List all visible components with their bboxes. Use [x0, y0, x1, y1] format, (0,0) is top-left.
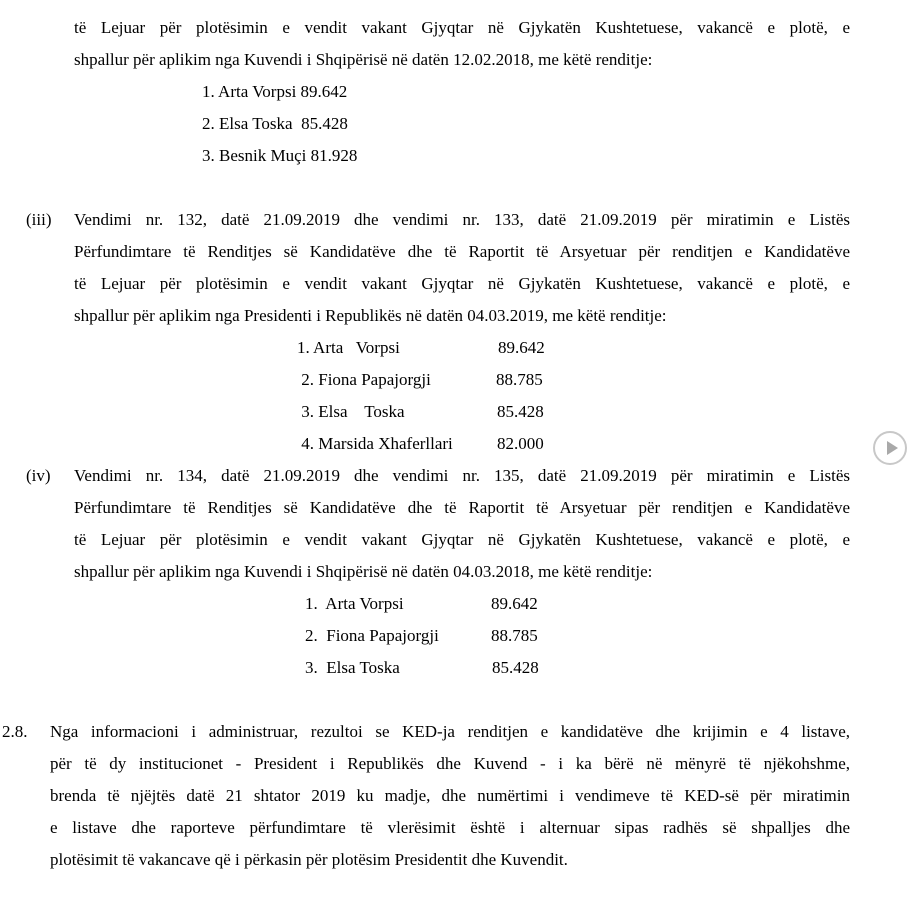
paragraph-line: shpallur për aplikim nga Kuvendi i Shqip… — [74, 50, 652, 70]
candidate-score: 88.785 — [496, 370, 543, 390]
paragraph-line: të Lejuar për plotësimin e vendit vakant… — [74, 530, 850, 550]
candidate-score: 89.642 — [491, 594, 538, 614]
candidate-name: 4. Marsida Xhaferllari — [297, 434, 453, 454]
list-label-iv: (iv) — [26, 466, 51, 486]
candidate-score: 82.000 — [497, 434, 544, 454]
list-label-iii: (iii) — [26, 210, 52, 230]
candidate-name: 2. Fiona Papajorgji — [297, 370, 431, 390]
paragraph-line: Vendimi nr. 134, datë 21.09.2019 dhe ven… — [74, 466, 850, 486]
candidate-name: 3. Elsa Toska — [297, 402, 405, 422]
candidate-name: 3. Elsa Toska — [305, 658, 400, 678]
candidate-score: 85.428 — [497, 402, 544, 422]
paragraph-line: brenda të njëjtës datë 21 shtator 2019 k… — [50, 786, 850, 806]
paragraph-line: Vendimi nr. 132, datë 21.09.2019 dhe ven… — [74, 210, 850, 230]
play-arrow-icon — [887, 441, 898, 455]
candidate-score: 88.785 — [491, 626, 538, 646]
candidate-name: 1. Arta Vorpsi — [297, 338, 400, 358]
paragraph-line: Përfundimtare të Renditjes së Kandidatëv… — [74, 498, 850, 518]
paragraph-line: shpallur për aplikim nga Presidenti i Re… — [74, 306, 667, 326]
paragraph-line: Nga informacioni i administruar, rezulto… — [50, 722, 850, 742]
next-page-button[interactable] — [873, 431, 907, 465]
paragraph-line: Përfundimtare të Renditjes së Kandidatëv… — [74, 242, 850, 262]
paragraph-line: shpallur për aplikim nga Kuvendi i Shqip… — [74, 562, 652, 582]
ranking-item: 2. Elsa Toska 85.428 — [202, 114, 348, 134]
paragraph-line: plotësimit të vakancave që i përkasin pë… — [50, 850, 568, 870]
ranking-item: 3. Besnik Muçi 81.928 — [202, 146, 357, 166]
paragraph-line: e listave dhe raporteve përfundimtare të… — [50, 818, 850, 838]
candidate-score: 85.428 — [492, 658, 539, 678]
paragraph-line: të Lejuar për plotësimin e vendit vakant… — [74, 18, 850, 38]
candidate-name: 2. Fiona Papajorgji — [305, 626, 439, 646]
ranking-item: 1. Arta Vorpsi 89.642 — [202, 82, 347, 102]
section-number-2-8: 2.8. — [2, 722, 28, 742]
candidate-name: 1. Arta Vorpsi — [305, 594, 404, 614]
paragraph-line: të Lejuar për plotësimin e vendit vakant… — [74, 274, 850, 294]
paragraph-line: për të dy institucionet - President i Re… — [50, 754, 850, 774]
candidate-score: 89.642 — [498, 338, 545, 358]
